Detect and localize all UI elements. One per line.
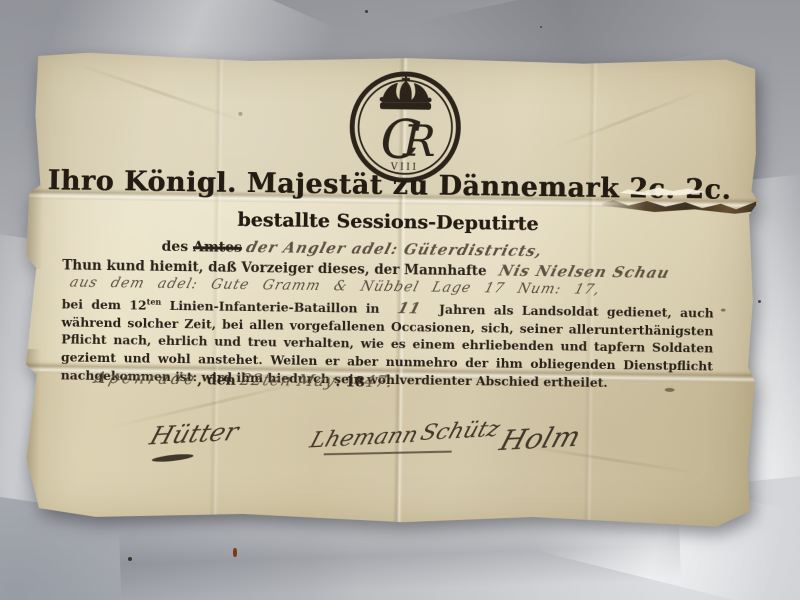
signature-3: Schütz — [417, 417, 503, 446]
printed-before-number: bei dem 12 — [62, 297, 147, 313]
ordinal-superscript: ten — [147, 297, 162, 307]
signature-1: Hütter — [146, 417, 242, 451]
dust-speck — [758, 300, 761, 303]
handwritten-day: 22ten — [238, 370, 295, 390]
signature-4: Holm — [496, 420, 585, 457]
handwritten-month: May — [295, 371, 338, 390]
fold-flap-shadow — [23, 349, 41, 514]
handwritten-place: Apenrade — [92, 368, 199, 388]
printed-den: , den — [197, 372, 241, 389]
struck-word-amtes: Amtes — [193, 239, 242, 256]
cipher-letter-r: R — [402, 117, 436, 167]
dust-speck — [365, 10, 368, 13]
paper-smudge — [721, 309, 726, 312]
photo-of-document: { "colors": { "background_gray": "#aaacb… — [0, 0, 800, 600]
handwritten-years: 11 — [386, 300, 434, 318]
paper-smudge — [665, 388, 675, 392]
printed-after-number: Linien-Infanterie-Bataillon in — [161, 298, 379, 316]
handwritten-year: 47. — [362, 372, 395, 391]
paper-sheet: C R VIII Ihro Königl. Majestät zu Dännem… — [23, 49, 761, 529]
printed-year-prefix: : 18 — [335, 374, 365, 390]
dust-speck — [540, 26, 542, 28]
document-paper: C R VIII Ihro Königl. Majestät zu Dännem… — [23, 49, 761, 529]
handwritten-name: Nis Nielsen Schau — [489, 261, 672, 281]
dust-speck — [128, 557, 132, 561]
paper-smudge — [238, 112, 242, 116]
royal-cipher-icon: C R VIII — [345, 66, 465, 186]
printed-des: des — [161, 239, 193, 255]
debris-speck — [233, 548, 237, 557]
